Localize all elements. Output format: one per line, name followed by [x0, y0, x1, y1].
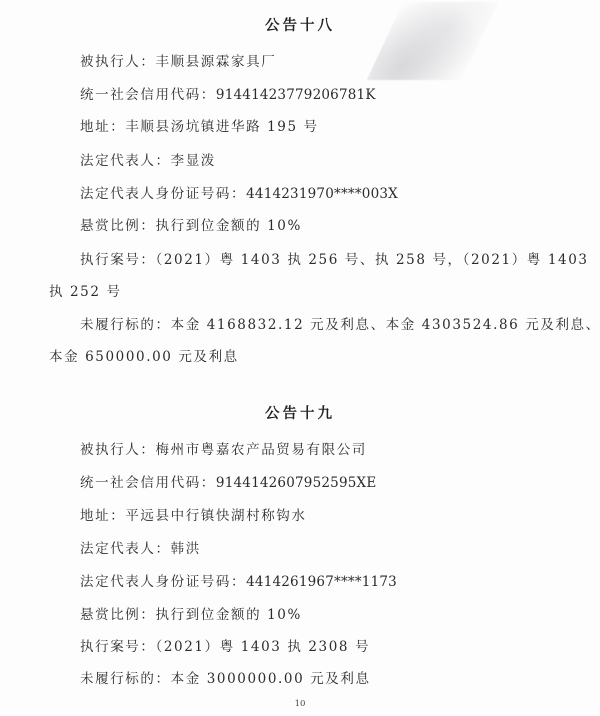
respondent-label: 被执行人： — [80, 442, 156, 458]
legal-rep-value: 韩洪 — [171, 541, 201, 557]
credit-code-label: 统一社会信用代码： — [80, 475, 216, 491]
page-number: 10 — [0, 699, 600, 709]
id-number-value: 4414231970****003X — [246, 186, 398, 202]
document-page: 公告十八 被执行人：丰顺县源霖家具厂 统一社会信用代码：914414237792… — [0, 0, 600, 716]
case-number-line: 执行案号：（2021）粤 1403 执 256 号、执 258 号，（2021）… — [80, 248, 589, 268]
id-number-line: 法定代表人身份证号码：4414261967****1173 — [80, 570, 397, 590]
notice-title: 公告十八 — [0, 14, 600, 35]
respondent-value: 梅州市粤嘉农产品贸易有限公司 — [156, 442, 367, 458]
legal-rep-label: 法定代表人： — [80, 153, 171, 169]
case-number-line: 执行案号：（2021）粤 1403 执 2308 号 — [80, 635, 370, 655]
id-number-line: 法定代表人身份证号码：4414231970****003X — [80, 182, 398, 202]
respondent-value: 丰顺县源霖家具厂 — [156, 54, 277, 70]
id-number-label: 法定代表人身份证号码： — [80, 186, 246, 202]
reward-line: 悬赏比例：执行到位金额的 10% — [80, 603, 302, 623]
address-line: 地址：丰顺县汤坑镇进华路 195 号 — [80, 115, 319, 135]
credit-code-label: 统一社会信用代码： — [80, 87, 216, 103]
address-line: 地址：平远县中行镇快湖村称钩水 — [80, 504, 307, 524]
credit-code-value: 9144142607952595XE — [216, 475, 377, 491]
id-number-label: 法定代表人身份证号码： — [80, 574, 246, 590]
legal-rep-line: 法定代表人：李显泼 — [80, 149, 216, 169]
legal-rep-line: 法定代表人：韩洪 — [80, 537, 201, 557]
address-value: 丰顺县汤坑镇进华路 195 号 — [125, 119, 318, 135]
address-label: 地址： — [80, 508, 125, 524]
address-value: 平远县中行镇快湖村称钩水 — [125, 508, 306, 524]
unfulfilled-target-label: 未履行标的： — [80, 671, 171, 687]
unfulfilled-target-line: 未履行标的：本金 4168832.12 元及利息、本金 4303524.86 元… — [80, 313, 600, 333]
notice-title: 公告十九 — [0, 402, 600, 423]
reward-value: 执行到位金额的 10% — [156, 218, 302, 234]
unfulfilled-target-continuation: 本金 650000.00 元及利息 — [49, 345, 239, 365]
case-number-continuation: 执 252 号 — [49, 280, 122, 300]
legal-rep-value: 李显泼 — [171, 153, 216, 169]
id-number-value: 4414261967****1173 — [246, 574, 397, 590]
reward-label: 悬赏比例： — [80, 607, 156, 623]
case-number-value: （2021）粤 1403 执 256 号、执 258 号，（2021）粤 140… — [156, 252, 589, 268]
credit-code-value: 91441423779206781K — [216, 87, 376, 103]
reward-line: 悬赏比例：执行到位金额的 10% — [80, 214, 302, 234]
case-number-label: 执行案号： — [80, 252, 156, 268]
credit-code-line: 统一社会信用代码：91441423779206781K — [80, 83, 376, 103]
case-number-value: （2021）粤 1403 执 2308 号 — [156, 639, 371, 655]
respondent-line: 被执行人：丰顺县源霖家具厂 — [80, 50, 276, 70]
respondent-label: 被执行人： — [80, 54, 156, 70]
unfulfilled-target-label: 未履行标的： — [80, 317, 171, 333]
reward-value: 执行到位金额的 10% — [156, 607, 302, 623]
credit-code-line: 统一社会信用代码：9144142607952595XE — [80, 471, 376, 491]
unfulfilled-target-value: 本金 4168832.12 元及利息、本金 4303524.86 元及利息、 — [171, 317, 600, 333]
respondent-line: 被执行人：梅州市粤嘉农产品贸易有限公司 — [80, 438, 367, 458]
unfulfilled-target-value: 本金 3000000.00 元及利息 — [171, 671, 371, 687]
address-label: 地址： — [80, 119, 125, 135]
case-number-label: 执行案号： — [80, 639, 156, 655]
unfulfilled-target-line: 未履行标的：本金 3000000.00 元及利息 — [80, 667, 371, 687]
reward-label: 悬赏比例： — [80, 218, 156, 234]
legal-rep-label: 法定代表人： — [80, 541, 171, 557]
